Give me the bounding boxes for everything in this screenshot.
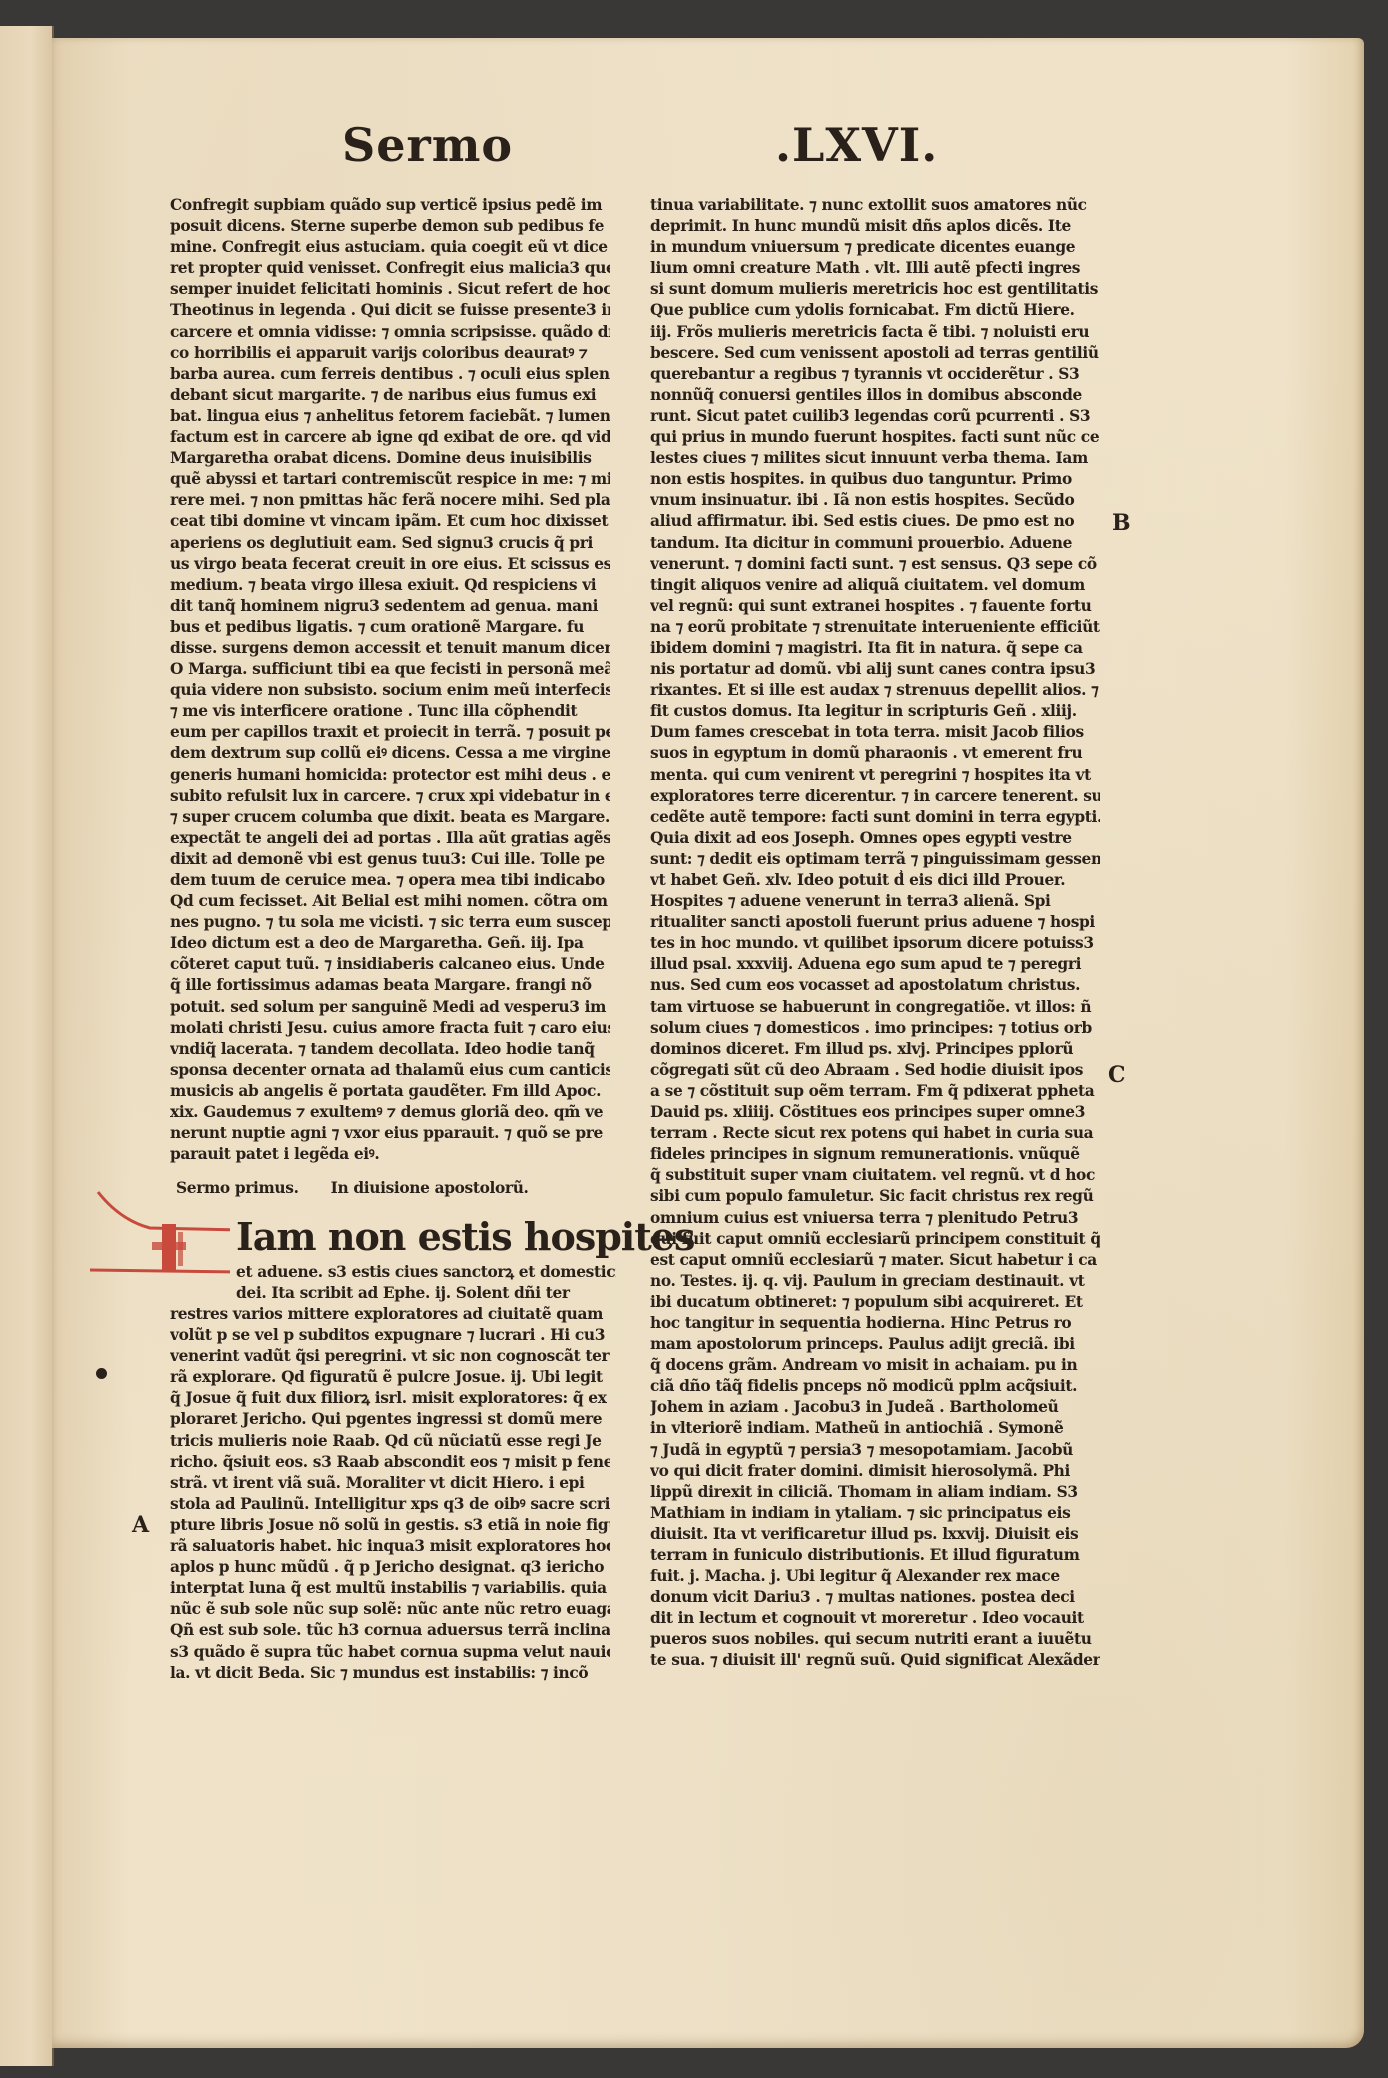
text-line: sunt: ⁊ dedit eis optimam terrã ⁊ pingui…: [650, 849, 1100, 870]
left-column: Confregit supbiam quãdo sup verticẽ ipsi…: [170, 195, 610, 1165]
text-line: a se ⁊ cõstituit sup oẽm terram. Fm q̃ p…: [650, 1081, 1100, 1102]
text-line: xix. Gaudemus ⁊ exultemꝰ ⁊ demus gloriã …: [170, 1102, 610, 1123]
text-line: mine. Confregit eius astuciam. quia coeg…: [170, 237, 610, 258]
text-line: aplos p hunc mũdũ . q̃ p Jericho designa…: [170, 1557, 610, 1578]
text-line: Quia dixit ad eos Joseph. Omnes opes egy…: [650, 828, 1100, 849]
running-head-title: Sermo: [342, 118, 513, 172]
text-line: Dum fames crescebat in tota terra. misit…: [650, 722, 1100, 743]
text-line: tes in hoc mundo. vt quilibet ipsorum di…: [650, 933, 1100, 954]
text-line: debant sicut margarite. ⁊ de naribus eiu…: [170, 385, 610, 406]
text-line: dem tuum de ceruice mea. ⁊ opera mea tib…: [170, 870, 610, 891]
text-line: dei. Ita scribit ad Ephe. ij. Solent dñi…: [236, 1283, 616, 1304]
text-line: q̃ ille fortissimus adamas beata Margare…: [170, 975, 610, 996]
text-line: runt. Sicut patet cuilib3 legendas corũ …: [650, 406, 1100, 427]
text-line: tingit aliquos venire ad aliquã ciuitate…: [650, 575, 1100, 596]
text-line: nis portatur ad domũ. vbi alij sunt cane…: [650, 659, 1100, 680]
right-column: tinua variabilitate. ⁊ nunc extollit suo…: [650, 195, 1100, 1672]
text-line: disse. surgens demon accessit et tenuit …: [170, 638, 610, 659]
folio-number: .LXVI.: [775, 118, 938, 172]
text-line: ret propter quid venisset. Confregit eiu…: [170, 258, 610, 279]
text-line: vo qui dicit frater domini. dimisit hier…: [650, 1461, 1100, 1482]
text-line: fideles principes in signum remuneration…: [650, 1144, 1100, 1165]
text-line: tricis mulieris noie Raab. Qd cũ nũciatũ…: [170, 1431, 610, 1452]
text-line: terram . Recte sicut rex potens qui habe…: [650, 1123, 1100, 1144]
text-line: Theotinus in legenda . Qui dicit se fuis…: [170, 300, 610, 321]
text-line: vndiq̃ lacerata. ⁊ tandem decollata. Ide…: [170, 1039, 610, 1060]
text-line: ritualiter sancti apostoli fuerunt prius…: [650, 912, 1100, 933]
text-line: Confregit supbiam quãdo sup verticẽ ipsi…: [170, 195, 610, 216]
text-line: no. Testes. ij. q. vij. Paulum in grecia…: [650, 1271, 1100, 1292]
text-line: Dauid ps. xliiij. Cõstitues eos principe…: [650, 1102, 1100, 1123]
text-line: dominos diceret. Fm illud ps. xlvj. Prin…: [650, 1039, 1100, 1060]
text-line: in vlteriorẽ indiam. Matheũ in antiochiã…: [650, 1418, 1100, 1439]
text-line: est caput omniũ ecclesiarũ ⁊ mater. Sicu…: [650, 1250, 1100, 1271]
text-line: molati christi Jesu. cuius amore fracta …: [170, 1018, 610, 1039]
text-line: strã. vt irent viã suã. Moraliter vt dic…: [170, 1473, 610, 1494]
text-line: qui prius in mundo fuerunt hospites. fac…: [650, 427, 1100, 448]
text-line: nerunt nuptie agni ⁊ vxor eius pparauit.…: [170, 1123, 610, 1144]
text-line: quia videre non subsisto. socium enim me…: [170, 680, 610, 701]
text-line: q̃ substituit super vnam ciuitatem. vel …: [650, 1165, 1100, 1186]
text-line: tam virtuose se habuerunt in congregatiõ…: [650, 997, 1100, 1018]
text-line: Ideo dictum est a deo de Margaretha. Geñ…: [170, 933, 610, 954]
text-line: ciã dño tãq̃ fidelis pnceps nõ modicũ pp…: [650, 1376, 1100, 1397]
text-line: q̃ Josue q̃ fuit dux filiorꝝ isrl. misit…: [170, 1388, 610, 1409]
sermon-body: restres varios mittere exploratores ad c…: [170, 1304, 610, 1684]
text-line: lippũ direxit in ciliciã. Thomam in alia…: [650, 1482, 1100, 1503]
text-line: Qñ est sub sole. tũc h3 cornua aduersus …: [170, 1620, 610, 1641]
text-line: Johem in aziam . Jacobu3 in Judeã . Bart…: [650, 1397, 1100, 1418]
text-line: nus. Sed cum eos vocasset ad apostolatum…: [650, 975, 1100, 996]
text-line: tandum. Ita dicitur in communi prouerbio…: [650, 533, 1100, 554]
text-line: restres varios mittere exploratores ad c…: [170, 1304, 610, 1325]
text-line: aliud affirmatur. ibi. Sed estis ciues. …: [650, 511, 1100, 532]
text-line: iij. Frõs mulieris meretricis facta ẽ ti…: [650, 322, 1100, 343]
incipit-continuation: et aduene. s3 estis ciues sanctorꝝ et do…: [236, 1262, 616, 1304]
text-line: non estis hospites. in quibus duo tangun…: [650, 469, 1100, 490]
text-line: s3 quãdo ẽ supra tũc habet cornua supma …: [170, 1642, 610, 1663]
text-line: ibidem domini ⁊ magistri. Ita fit in nat…: [650, 638, 1100, 659]
text-line: venerunt. ⁊ domini facti sunt. ⁊ est sen…: [650, 554, 1100, 575]
text-line: cõteret caput tuũ. ⁊ insidiaberis calcan…: [170, 954, 610, 975]
text-line: interptat luna q̃ est multũ instabilis ⁊…: [170, 1578, 610, 1599]
text-line: vnum insinuatur. ibi . Iã non estis hosp…: [650, 490, 1100, 511]
text-line: Hospites ⁊ aduene venerunt in terra3 ali…: [650, 891, 1100, 912]
text-line: omnium cuius est vniuersa terra ⁊ plenit…: [650, 1208, 1100, 1229]
text-line: co horribilis ei apparuit varijs colorib…: [170, 343, 610, 364]
text-line: O Marga. sufficiunt tibi ea que fecisti …: [170, 659, 610, 680]
text-line: potuit. sed solum per sanguinẽ Medi ad v…: [170, 997, 610, 1018]
text-line: quẽ abyssi et tartari contremiscũt respi…: [170, 469, 610, 490]
text-line: querebantur a regibus ⁊ tyrannis vt occi…: [650, 364, 1100, 385]
text-line: qui fuit caput omniũ ecclesiarũ principe…: [650, 1229, 1100, 1250]
margin-letter-c: C: [1108, 1062, 1126, 1088]
text-line: posuit dicens. Sterne superbe demon sub …: [170, 216, 610, 237]
text-line: ceat tibi domine vt vincam ipãm. Et cum …: [170, 511, 610, 532]
text-line: dit tanq̃ hominem nigru3 sedentem ad gen…: [170, 596, 610, 617]
text-line: solum ciues ⁊ domesticos . imo principes…: [650, 1018, 1100, 1039]
text-line: fuit. j. Macha. j. Ubi legitur q̃ Alexan…: [650, 1566, 1100, 1587]
text-line: rã explorare. Qd figuratũ ẽ pulcre Josue…: [170, 1367, 610, 1388]
text-line: ibi ducatum obtineret: ⁊ populum sibi ac…: [650, 1292, 1100, 1313]
text-line: terram in funiculo distributionis. Et il…: [650, 1545, 1100, 1566]
text-line: mam apostolorum princeps. Paulus adijt g…: [650, 1334, 1100, 1355]
text-line: in mundum vniuersum ⁊ predicate dicentes…: [650, 237, 1100, 258]
text-line: stola ad Paulinũ. Intelligitur xps q3 de…: [170, 1494, 610, 1515]
text-line: bus et pedibus ligatis. ⁊ cum orationẽ M…: [170, 617, 610, 638]
text-line: ⁊ super crucem columba que dixit. beata …: [170, 807, 610, 828]
text-line: q̃ docens grãm. Andream vo misit in acha…: [650, 1355, 1100, 1376]
text-line: rã saluatoris habet. hic inqua3 misit ex…: [170, 1536, 610, 1557]
text-line: bescere. Sed cum venissent apostoli ad t…: [650, 343, 1100, 364]
text-line: aperiens os deglutiuit eam. Sed signu3 c…: [170, 533, 610, 554]
text-line: nonnũq̃ conuersi gentiles illos in domib…: [650, 385, 1100, 406]
text-line: cõgregati sũt cũ deo Abraam . Sed hodie …: [650, 1060, 1100, 1081]
text-line: us virgo beata fecerat creuit in ore eiu…: [170, 554, 610, 575]
text-line: la. vt dicit Beda. Sic ⁊ mundus est inst…: [170, 1663, 610, 1684]
text-line: expectãt te angeli dei ad portas . Illa …: [170, 828, 610, 849]
text-line: dit in lectum et cognouit vt moreretur .…: [650, 1608, 1100, 1629]
text-line: barba aurea. cum ferreis dentibus . ⁊ oc…: [170, 364, 610, 385]
text-line: venerint vadũt q̃si peregrini. vt sic no…: [170, 1346, 610, 1367]
sermon-heading-subtitle: In diuisione apostolorũ.: [331, 1179, 529, 1197]
rubricated-initial-icon: [90, 1180, 230, 1290]
text-line: exploratores terre dicerentur. ⁊ in carc…: [650, 786, 1100, 807]
adjacent-leaf-edge: [0, 26, 54, 2066]
text-line: te sua. ⁊ diuisit ill' regnũ suũ. Quid s…: [650, 1650, 1100, 1671]
text-line: pture libris Josue nõ solũ in gestis. s3…: [170, 1515, 610, 1536]
text-line: vt habet Geñ. xlv. Ideo potuit d̾ eis di…: [650, 870, 1100, 891]
text-line: rixantes. Et si ille est audax ⁊ strenuu…: [650, 680, 1100, 701]
text-line: fit custos domus. Ita legitur in scriptu…: [650, 701, 1100, 722]
text-line: deprimit. In hunc mundũ misit dñs aplos …: [650, 216, 1100, 237]
text-line: Qd cum fecisset. Ait Belial est mihi nom…: [170, 891, 610, 912]
text-line: volũt p se vel p subditos expugnare ⁊ lu…: [170, 1325, 610, 1346]
text-line: dixit ad demonẽ vbi est genus tuu3: Cui …: [170, 849, 610, 870]
text-line: na ⁊ eorũ probitate ⁊ strenuitate interu…: [650, 617, 1100, 638]
text-line: lium omni creature Math . vlt. Illi autẽ…: [650, 258, 1100, 279]
text-line: donum vicit Dariu3 . ⁊ multas nationes. …: [650, 1587, 1100, 1608]
text-line: pueros suos nobiles. qui secum nutriti e…: [650, 1629, 1100, 1650]
text-line: sponsa decenter ornata ad thalamũ eius c…: [170, 1060, 610, 1081]
sermon-incipit: Iam non estis hospites: [236, 1214, 694, 1259]
text-line: richo. q̃siuit eos. s3 Raab abscondit eo…: [170, 1452, 610, 1473]
text-line: tinua variabilitate. ⁊ nunc extollit suo…: [650, 195, 1100, 216]
text-line: sibi cum populo famuletur. Sic facit chr…: [650, 1186, 1100, 1207]
text-line: dem dextrum sup collũ eiꝰ dicens. Cessa …: [170, 743, 610, 764]
text-line: Margaretha orabat dicens. Domine deus in…: [170, 448, 610, 469]
text-line: parauit patet i legẽda eiꝰ.: [170, 1144, 610, 1165]
text-line: nes pugno. ⁊ tu sola me vicisti. ⁊ sic t…: [170, 912, 610, 933]
text-line: nũc ẽ sub sole nũc sup solẽ: nũc ante nũ…: [170, 1599, 610, 1620]
sermon-heading: Sermo primus. In diuisione apostolorũ.: [176, 1178, 616, 1199]
text-line: et aduene. s3 estis ciues sanctorꝝ et do…: [236, 1262, 616, 1283]
text-line: generis humani homicida: protector est m…: [170, 765, 610, 786]
text-line: musicis ab angelis ẽ portata gaudẽter. F…: [170, 1081, 610, 1102]
text-line: lestes ciues ⁊ milites sicut innuunt ver…: [650, 448, 1100, 469]
text-line: suos in egyptum in domũ pharaonis . vt e…: [650, 743, 1100, 764]
text-line: menta. qui cum venirent vt peregrini ⁊ h…: [650, 765, 1100, 786]
margin-letter-b: B: [1112, 510, 1131, 536]
text-line: ⁊ Judã in egyptũ ⁊ persia3 ⁊ mesopotamia…: [650, 1440, 1100, 1461]
text-line: eum per capillos traxit et proiecit in t…: [170, 722, 610, 743]
text-line: illud psal. xxxviij. Aduena ego sum apud…: [650, 954, 1100, 975]
text-line: si sunt domum mulieris meretricis hoc es…: [650, 279, 1100, 300]
text-line: rere mei. ⁊ non pmittas hãc ferã nocere …: [170, 490, 610, 511]
text-line: vel regnũ: qui sunt extranei hospites . …: [650, 596, 1100, 617]
text-line: semper inuidet felicitati hominis . Sicu…: [170, 279, 610, 300]
text-line: diuisit. Ita vt verificaretur illud ps. …: [650, 1524, 1100, 1545]
text-line: carcere et omnia vidisse: ⁊ omnia scrips…: [170, 322, 610, 343]
text-line: hoc tangitur in sequentia hodierna. Hinc…: [650, 1313, 1100, 1334]
text-line: subito refulsit lux in carcere. ⁊ crux x…: [170, 786, 610, 807]
text-line: medium. ⁊ beata virgo illesa exiuit. Qd …: [170, 575, 610, 596]
ink-dot-mark: [96, 1368, 107, 1379]
text-line: cedẽte autẽ tempore: facti sunt domini i…: [650, 807, 1100, 828]
text-line: Que publice cum ydolis fornicabat. Fm di…: [650, 300, 1100, 321]
text-line: factum est in carcere ab igne qd exibat …: [170, 427, 610, 448]
margin-letter-a: A: [132, 1512, 149, 1538]
text-line: ploraret Jericho. Qui pgentes ingressi s…: [170, 1409, 610, 1430]
text-line: Mathiam in indiam in ytaliam. ⁊ sic prin…: [650, 1503, 1100, 1524]
text-line: ⁊ me vis interficere oratione . Tunc ill…: [170, 701, 610, 722]
text-line: bat. lingua eius ⁊ anhelitus fetorem fac…: [170, 406, 610, 427]
